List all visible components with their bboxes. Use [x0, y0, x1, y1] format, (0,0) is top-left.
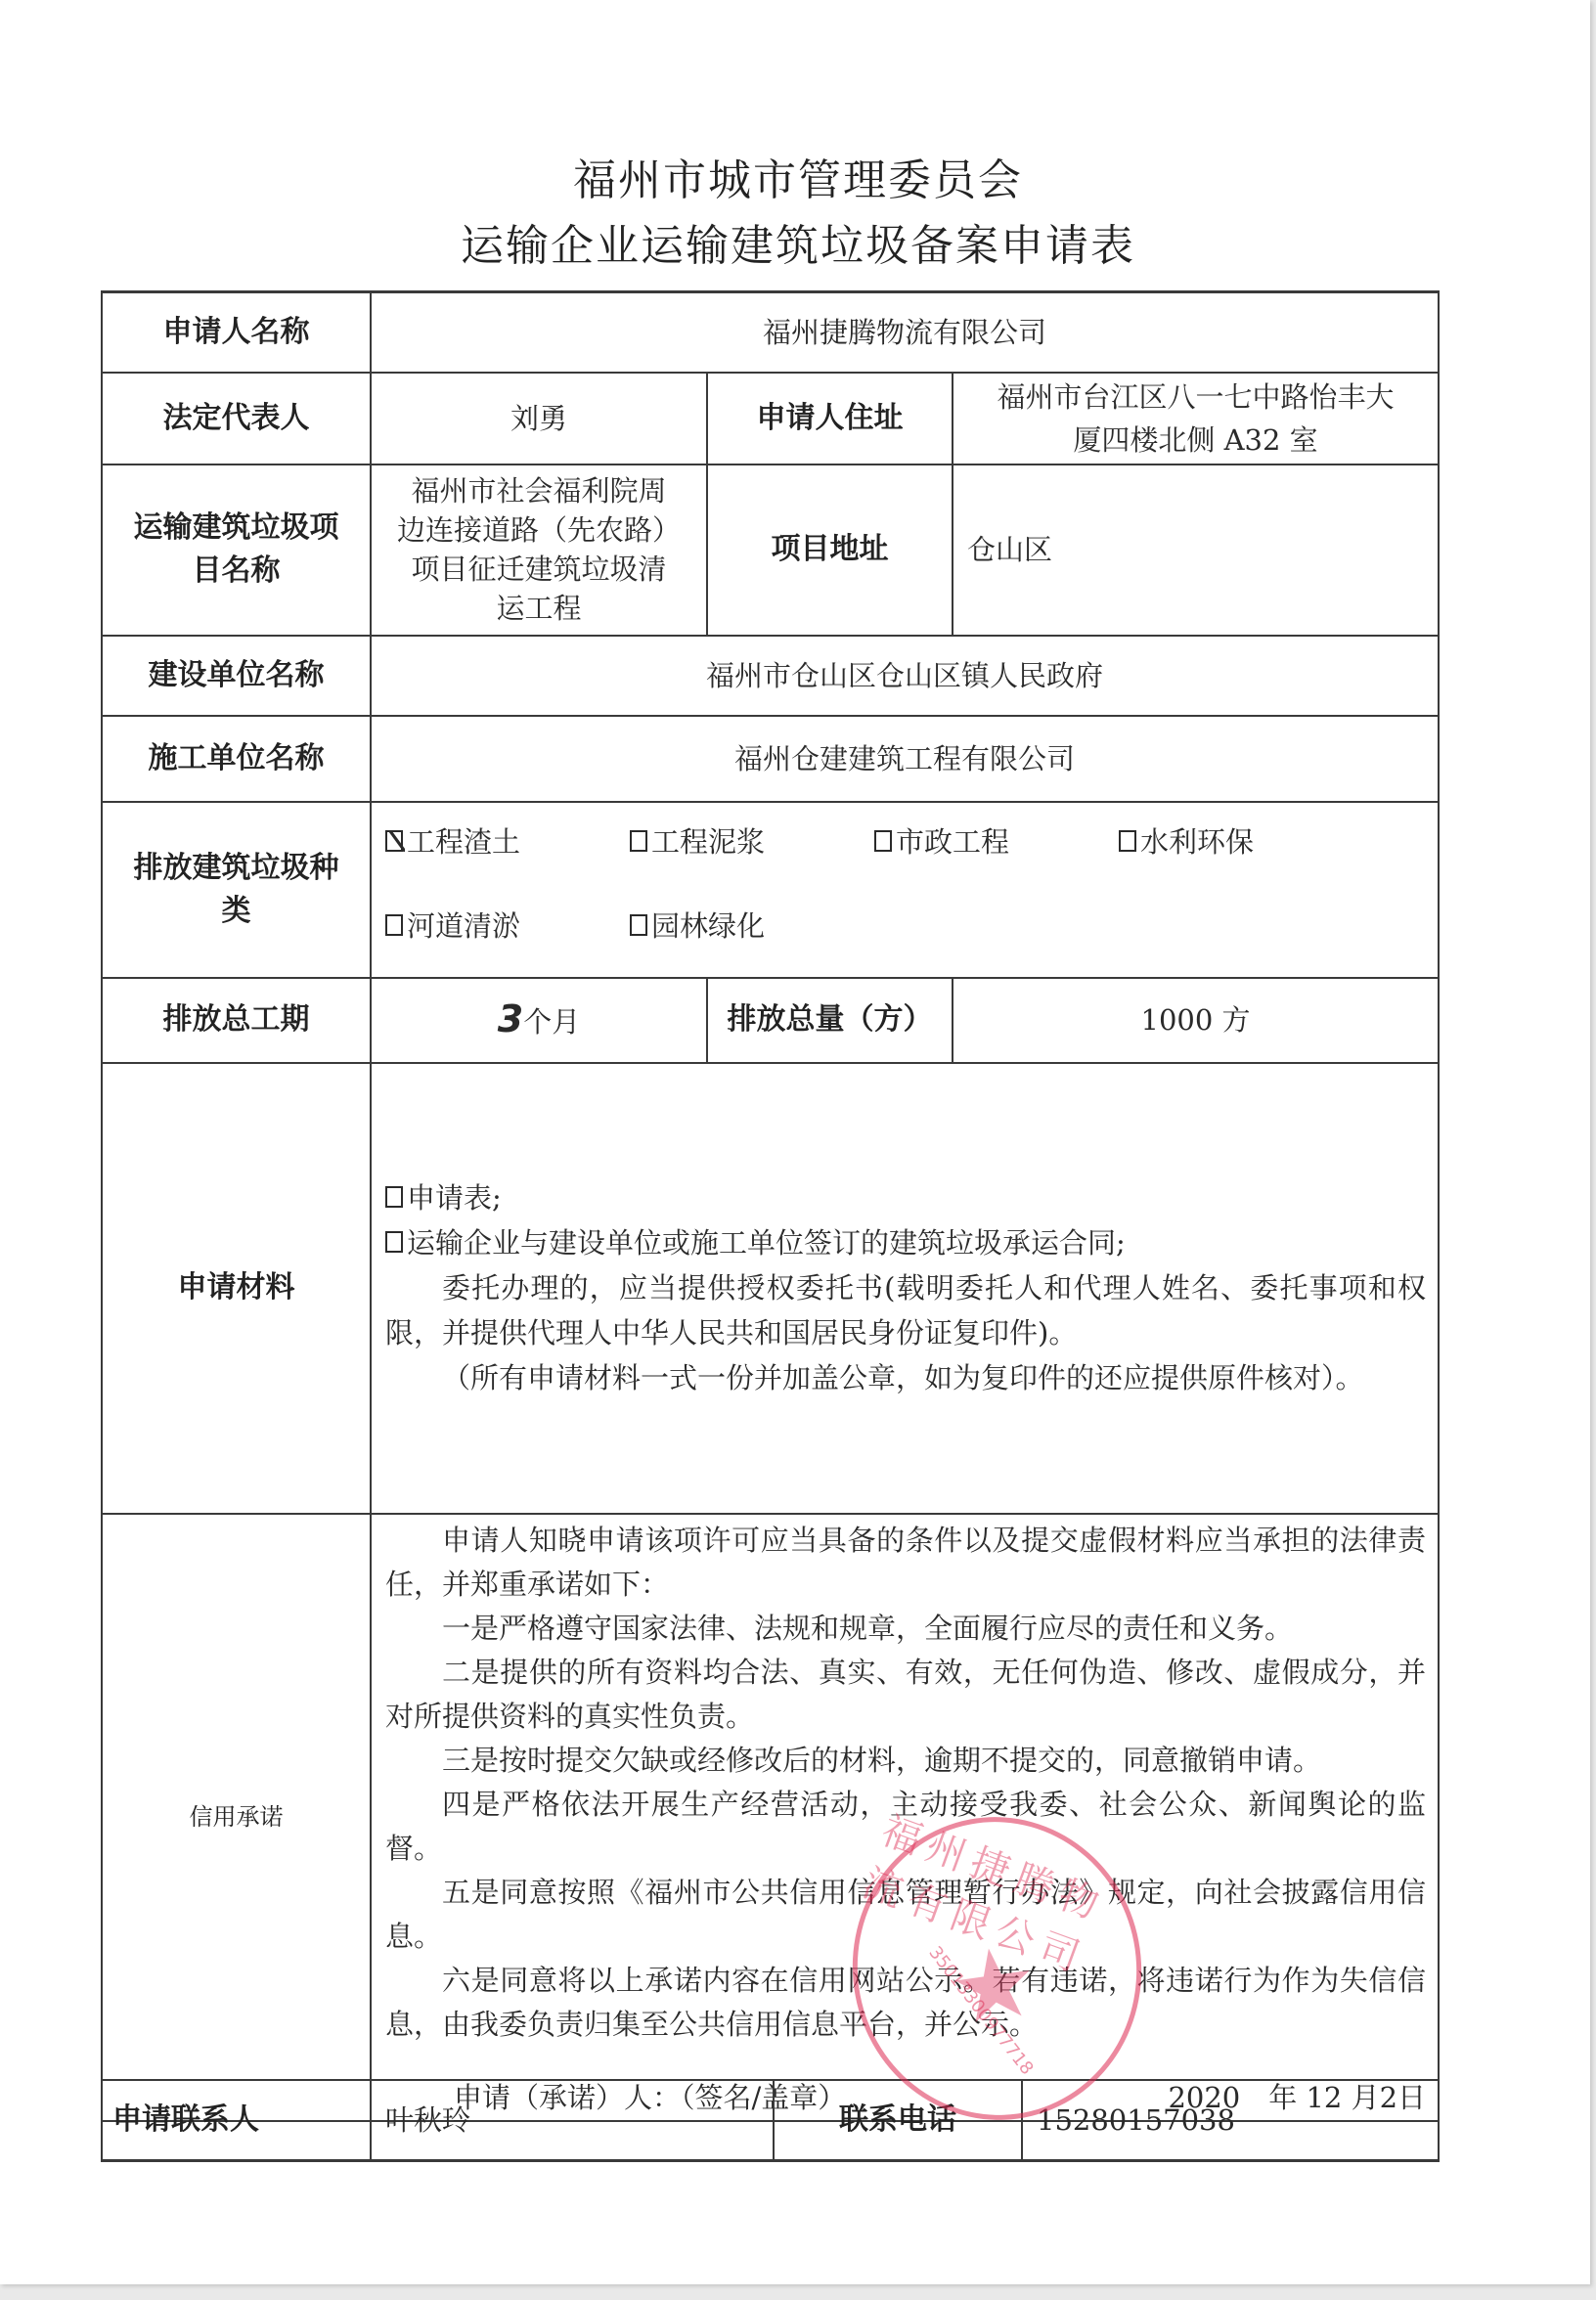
waste-type-label: 园林绿化 — [651, 905, 765, 945]
legal-rep-value: 刘勇 — [371, 373, 707, 464]
material-item: 申请表; — [385, 1175, 1426, 1220]
checkbox-icon[interactable] — [385, 914, 403, 936]
credit-paragraph: 四是严格依法开展生产经营活动，主动接受我委、社会公众、新闻舆论的监督。 — [385, 1783, 1426, 1871]
row-materials: 申请材料 申请表; 运输企业与建设单位或施工单位签订的建筑垃圾承运合同; 委托办… — [102, 1063, 1439, 1514]
project-name-line: 福州市社会福利院周 — [372, 471, 706, 510]
contact-table: 申请联系人 叶秋玲 联系电话 15280157038 — [101, 2079, 1440, 2162]
contact-label: 申请联系人 — [102, 2080, 371, 2160]
checkbox-checked-icon[interactable] — [385, 830, 403, 852]
row-contact: 申请联系人 叶秋玲 联系电话 15280157038 — [102, 2080, 1439, 2160]
waste-types-options: 工程渣土 工程泥浆 市政工程 水利环保 — [371, 802, 1439, 978]
period-number-handwritten: 3 — [498, 997, 523, 1040]
row-credit-commitment: 信用承诺 申请人知晓申请该项许可应当具备的条件以及提交虚假材料应当承担的法律责任… — [102, 1514, 1439, 2121]
applicant-address-label: 申请人住址 — [707, 373, 953, 464]
waste-type-label: 水利环保 — [1140, 820, 1254, 861]
applicant-name-value: 福州捷腾物流有限公司 — [371, 292, 1439, 373]
document-title-line2: 运输企业运输建筑垃圾备案申请表 — [0, 210, 1596, 273]
row-waste-types: 排放建筑垃圾种 类 工程渣土 工程泥浆 市政工程 — [102, 802, 1439, 978]
constructor-label: 施工单位名称 — [102, 716, 371, 802]
period-value: 3个月 — [371, 978, 707, 1063]
waste-type-option[interactable]: 河道清淤 — [385, 905, 630, 945]
credit-paragraph: 六是同意将以上承诺内容在信用网站公示。若有违诺，将违诺行为作为失信信息，由我委负… — [385, 1959, 1426, 2047]
waste-type-option[interactable]: 工程泥浆 — [630, 820, 874, 861]
credit-content: 申请人知晓申请该项许可应当具备的条件以及提交虚假材料应当承担的法律责任，并郑重承… — [371, 1514, 1439, 2121]
waste-types-label-line1: 排放建筑垃圾种 — [112, 847, 360, 890]
checkbox-icon[interactable] — [1119, 830, 1136, 852]
project-name-label-line1: 运输建筑垃圾项 — [112, 507, 360, 550]
project-name-label-line2: 目名称 — [112, 550, 360, 593]
materials-label: 申请材料 — [102, 1063, 371, 1514]
credit-label: 信用承诺 — [102, 1514, 371, 2121]
constructor-value: 福州仓建建筑工程有限公司 — [371, 716, 1439, 802]
checkbox-icon[interactable] — [630, 830, 647, 852]
row-constructor: 施工单位名称 福州仓建建筑工程有限公司 — [102, 716, 1439, 802]
row-period-volume: 排放总工期 3个月 排放总量（方） 1000 方 — [102, 978, 1439, 1063]
row-applicant-name: 申请人名称 福州捷腾物流有限公司 — [102, 292, 1439, 373]
period-label: 排放总工期 — [102, 978, 371, 1063]
period-unit: 个月 — [523, 1005, 580, 1039]
builder-value: 福州市仓山区仓山区镇人民政府 — [371, 636, 1439, 716]
credit-paragraph: 申请人知晓申请该项许可应当具备的条件以及提交虚假材料应当承担的法律责任，并郑重承… — [385, 1519, 1426, 1607]
project-name-line: 项目征迁建筑垃圾清 — [372, 550, 706, 589]
application-form-table: 申请人名称 福州捷腾物流有限公司 法定代表人 刘勇 申请人住址 福州市台江区八一… — [101, 290, 1440, 2122]
waste-type-option[interactable]: 市政工程 — [874, 820, 1119, 861]
credit-paragraph: 三是按时提交欠缺或经修改后的材料，逾期不提交的，同意撤销申请。 — [385, 1739, 1426, 1783]
credit-paragraph: 一是严格遵守国家法律、法规和规章，全面履行应尽的责任和义务。 — [385, 1607, 1426, 1651]
waste-type-label: 工程泥浆 — [651, 820, 765, 861]
row-builder: 建设单位名称 福州市仓山区仓山区镇人民政府 — [102, 636, 1439, 716]
applicant-address-value: 福州市台江区八一七中路怡丰大 厦四楼北侧 A32 室 — [953, 373, 1439, 464]
contact-value: 叶秋玲 — [371, 2080, 774, 2160]
waste-type-option[interactable]: 水利环保 — [1119, 820, 1363, 861]
checkbox-icon[interactable] — [630, 914, 647, 936]
builder-label: 建设单位名称 — [102, 636, 371, 716]
waste-types-label: 排放建筑垃圾种 类 — [102, 802, 371, 978]
project-address-label: 项目地址 — [707, 464, 953, 636]
project-name-label: 运输建筑垃圾项 目名称 — [102, 464, 371, 636]
waste-type-option[interactable]: 工程渣土 — [385, 820, 630, 861]
applicant-address-line1: 福州市台江区八一七中路怡丰大 — [953, 376, 1438, 419]
project-name-line: 边连接道路（先农路） — [372, 510, 706, 550]
waste-type-option[interactable]: 园林绿化 — [630, 905, 874, 945]
credit-paragraph: 五是同意按照《福州市公共信用信息管理暂行办法》规定，向社会披露信用信息。 — [385, 1871, 1426, 1959]
document-title-line1: 福州市城市管理委员会 — [0, 145, 1596, 207]
row-project-name: 运输建筑垃圾项 目名称 福州市社会福利院周 边连接道路（先农路） 项目征迁建筑垃… — [102, 464, 1439, 636]
checkbox-icon[interactable] — [385, 1186, 403, 1208]
legal-rep-label: 法定代表人 — [102, 373, 371, 464]
volume-value: 1000 方 — [953, 978, 1439, 1063]
material-item: 运输企业与建设单位或施工单位签订的建筑垃圾承运合同; — [385, 1220, 1426, 1265]
project-address-value: 仓山区 — [953, 464, 1439, 636]
document-page: 福州市城市管理委员会 运输企业运输建筑垃圾备案申请表 申请人名称 福州捷腾物流有… — [0, 0, 1590, 2284]
waste-type-label: 市政工程 — [896, 820, 1009, 861]
checkbox-icon[interactable] — [385, 1231, 403, 1253]
waste-types-label-line2: 类 — [112, 890, 360, 933]
row-legal-rep: 法定代表人 刘勇 申请人住址 福州市台江区八一七中路怡丰大 厦四楼北侧 A32 … — [102, 373, 1439, 464]
materials-content: 申请表; 运输企业与建设单位或施工单位签订的建筑垃圾承运合同; 委托办理的，应当… — [371, 1063, 1439, 1514]
phone-label: 联系电话 — [774, 2080, 1022, 2160]
checkbox-icon[interactable] — [874, 830, 892, 852]
waste-type-label: 工程渣土 — [407, 820, 520, 861]
waste-type-label: 河道清淤 — [407, 905, 520, 945]
phone-value: 15280157038 — [1022, 2080, 1439, 2160]
project-name-value: 福州市社会福利院周 边连接道路（先农路） 项目征迁建筑垃圾清 运工程 — [371, 464, 707, 636]
materials-note-copies: （所有申请材料一式一份并加盖公章，如为复印件的还应提供原件核对）。 — [385, 1355, 1426, 1400]
project-name-line: 运工程 — [372, 589, 706, 628]
applicant-name-label: 申请人名称 — [102, 292, 371, 373]
volume-label: 排放总量（方） — [707, 978, 953, 1063]
materials-note-delegation: 委托办理的，应当提供授权委托书(载明委托人和代理人姓名、委托事项和权限，并提供代… — [385, 1265, 1426, 1355]
credit-paragraph: 二是提供的所有资料均合法、真实、有效，无任何伪造、修改、虚假成分，并对所提供资料… — [385, 1651, 1426, 1739]
applicant-address-line2: 厦四楼北侧 A32 室 — [953, 419, 1438, 462]
